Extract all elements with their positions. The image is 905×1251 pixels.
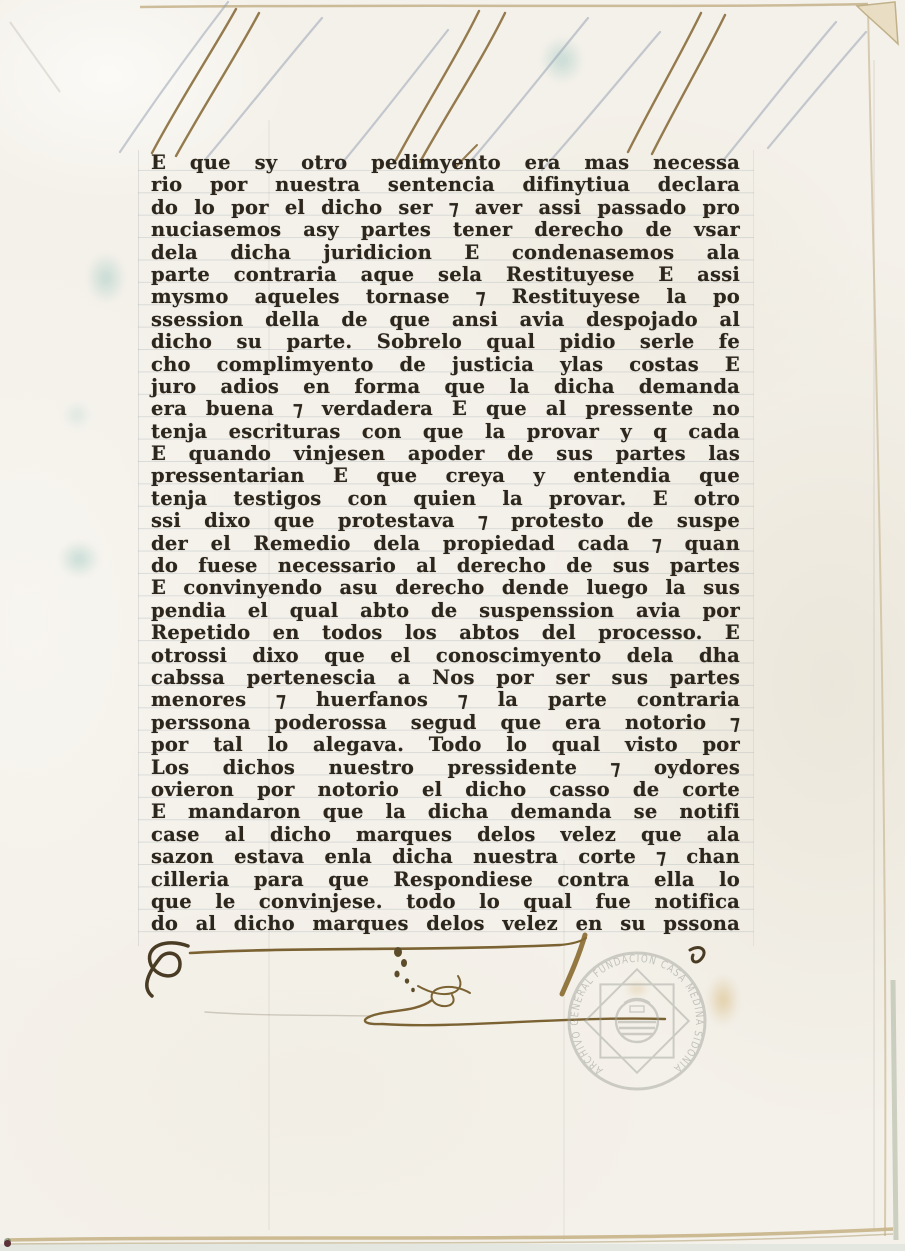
- top-pen-strokes: [120, 2, 866, 170]
- binding-spot: [4, 1240, 11, 1247]
- stamp-emblem: [616, 998, 658, 1042]
- text-line: otrossi dixo que el conoscimyento dela d…: [151, 645, 740, 667]
- bottom-flourish: [147, 935, 704, 1025]
- text-line: E convinyendo asu derecho dende luego la…: [151, 577, 740, 599]
- text-line: Repetido en todos los abtos del processo…: [151, 622, 740, 644]
- archive-stamp-watermark: ARCHIVO GENERAL FUNDACION CASA MEDINA SI…: [569, 953, 705, 1089]
- text-line: juro adios en forma que la dicha demanda: [151, 376, 740, 398]
- text-line: tenja testigos con quien la provar. E ot…: [151, 488, 740, 510]
- text-line: E quando vinjesen apoder de sus partes l…: [151, 443, 740, 465]
- text-line: do lo por el dicho ser ⁊ aver assi passa…: [151, 197, 740, 219]
- text-line: era buena ⁊ verdadera E que al pressente…: [151, 398, 740, 420]
- text-line: cilleria para que Respondiese contra ell…: [151, 869, 740, 891]
- text-line: menores ⁊ huerfanos ⁊ la parte contraria: [151, 689, 740, 711]
- text-line: rio por nuestra sentencia difinytiua dec…: [151, 174, 740, 196]
- text-line: tenja escrituras con que la provar y q c…: [151, 421, 740, 443]
- text-line: pendia el qual abto de suspenssion avia …: [151, 600, 740, 622]
- text-line: que le convinjese. todo lo qual fue noti…: [151, 891, 740, 913]
- text-line: dicho su parte. Sobrelo qual pidio serle…: [151, 331, 740, 353]
- text-line: Los dichos nuestro pressidente ⁊ oydores: [151, 757, 740, 779]
- text-line: sazon estava enla dicha nuestra corte ⁊ …: [151, 846, 740, 868]
- text-line: parte contraria aque sela Restituyese E …: [151, 264, 740, 286]
- text-line: ssession della de que ansi avia despojad…: [151, 309, 740, 331]
- text-line: ovieron por notorio el dicho casso de co…: [151, 779, 740, 801]
- text-line: cabssa pertenescia a Nos por ser sus par…: [151, 667, 740, 689]
- text-line: dela dicha juridicion E condenasemos ala: [151, 242, 740, 264]
- text-line: pressentarian E que creya y entendia que: [151, 465, 740, 487]
- manuscript-text: E que sy otro pedimyento era mas necessa…: [151, 152, 740, 936]
- text-line: mysmo aqueles tornase ⁊ Restituyese la p…: [151, 286, 740, 308]
- text-line: do al dicho marques delos velez en su ps…: [151, 913, 740, 935]
- text-line: nuciasemos asy partes tener derecho de v…: [151, 219, 740, 241]
- folded-corner: [857, 2, 898, 44]
- manuscript-scan: ARCHIVO GENERAL FUNDACION CASA MEDINA SI…: [0, 0, 905, 1251]
- text-line: case al dicho marques delos velez que al…: [151, 824, 740, 846]
- text-line: do fuese necessario al derecho de sus pa…: [151, 555, 740, 577]
- text-line: E que sy otro pedimyento era mas necessa: [151, 152, 740, 174]
- text-line: por tal lo alegava. Todo lo qual visto p…: [151, 734, 740, 756]
- text-line: der el Remedio dela propiedad cada ⁊ qua…: [151, 533, 740, 555]
- ink-blot: [394, 947, 415, 992]
- text-line: E mandaron que la dicha demanda se notif…: [151, 801, 740, 823]
- text-line: ssi dixo que protestava ⁊ protesto de su…: [151, 510, 740, 532]
- text-line: cho complimyento de justicia ylas costas…: [151, 354, 740, 376]
- text-line: perssona poderossa segud que era notorio…: [151, 712, 740, 734]
